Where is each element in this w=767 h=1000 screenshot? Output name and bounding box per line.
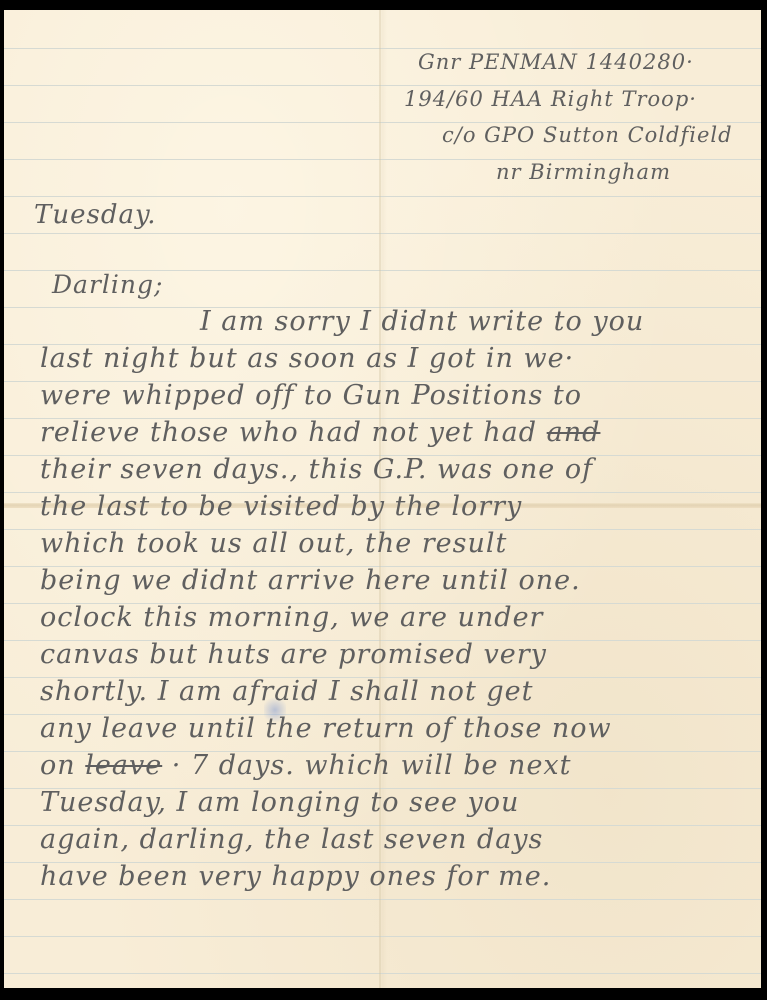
body-line: shortly. I am afraid I shall not get — [40, 676, 533, 707]
body-line: canvas but huts are promised very — [40, 639, 547, 670]
body-line: oclock this morning, we are under — [40, 602, 543, 633]
address-line-2: 194/60 HAA Right Troop· — [404, 87, 697, 111]
struck-word: leave — [85, 750, 162, 781]
body-line: were whipped off to Gun Positions to — [40, 380, 582, 411]
salutation: Darling; — [52, 270, 163, 299]
body-line: any leave until the return of those now — [40, 713, 612, 744]
ruled-line — [4, 48, 761, 49]
ruled-line — [4, 233, 761, 234]
struck-word: and — [547, 417, 601, 448]
ruled-line — [4, 973, 761, 974]
body-line-text: relieve those who had not yet had — [40, 417, 537, 448]
address-line-3: c/o GPO Sutton Coldfield — [442, 123, 733, 147]
body-line: the last to be visited by the lorry — [40, 491, 522, 522]
address-line-4: nr Birmingham — [496, 160, 671, 184]
ruled-line — [4, 85, 761, 86]
letter-page: Gnr PENMAN 1440280· 194/60 HAA Right Tro… — [4, 10, 761, 988]
body-line: being we didnt arrive here until one. — [40, 565, 581, 596]
body-line: their seven days., this G.P. was one of — [40, 454, 593, 485]
body-line-text: on — [40, 750, 76, 781]
body-line: I am sorry I didnt write to you — [200, 306, 644, 337]
body-line: have been very happy ones for me. — [40, 861, 551, 892]
body-line: which took us all out, the result — [40, 528, 507, 559]
body-line-text: · 7 days. which will be next — [172, 750, 572, 781]
body-line: relieve those who had not yet had and — [40, 417, 600, 448]
body-line: Tuesday, I am longing to see you — [40, 787, 519, 818]
ruled-line — [4, 936, 761, 937]
letter-day: Tuesday. — [34, 200, 156, 230]
address-line-1: Gnr PENMAN 1440280· — [418, 50, 694, 74]
body-line: on leave · 7 days. which will be next — [40, 750, 572, 781]
body-line: last night but as soon as I got in we· — [40, 343, 574, 374]
ruled-line — [4, 899, 761, 900]
body-line: again, darling, the last seven days — [40, 824, 543, 855]
ruled-line — [4, 196, 761, 197]
